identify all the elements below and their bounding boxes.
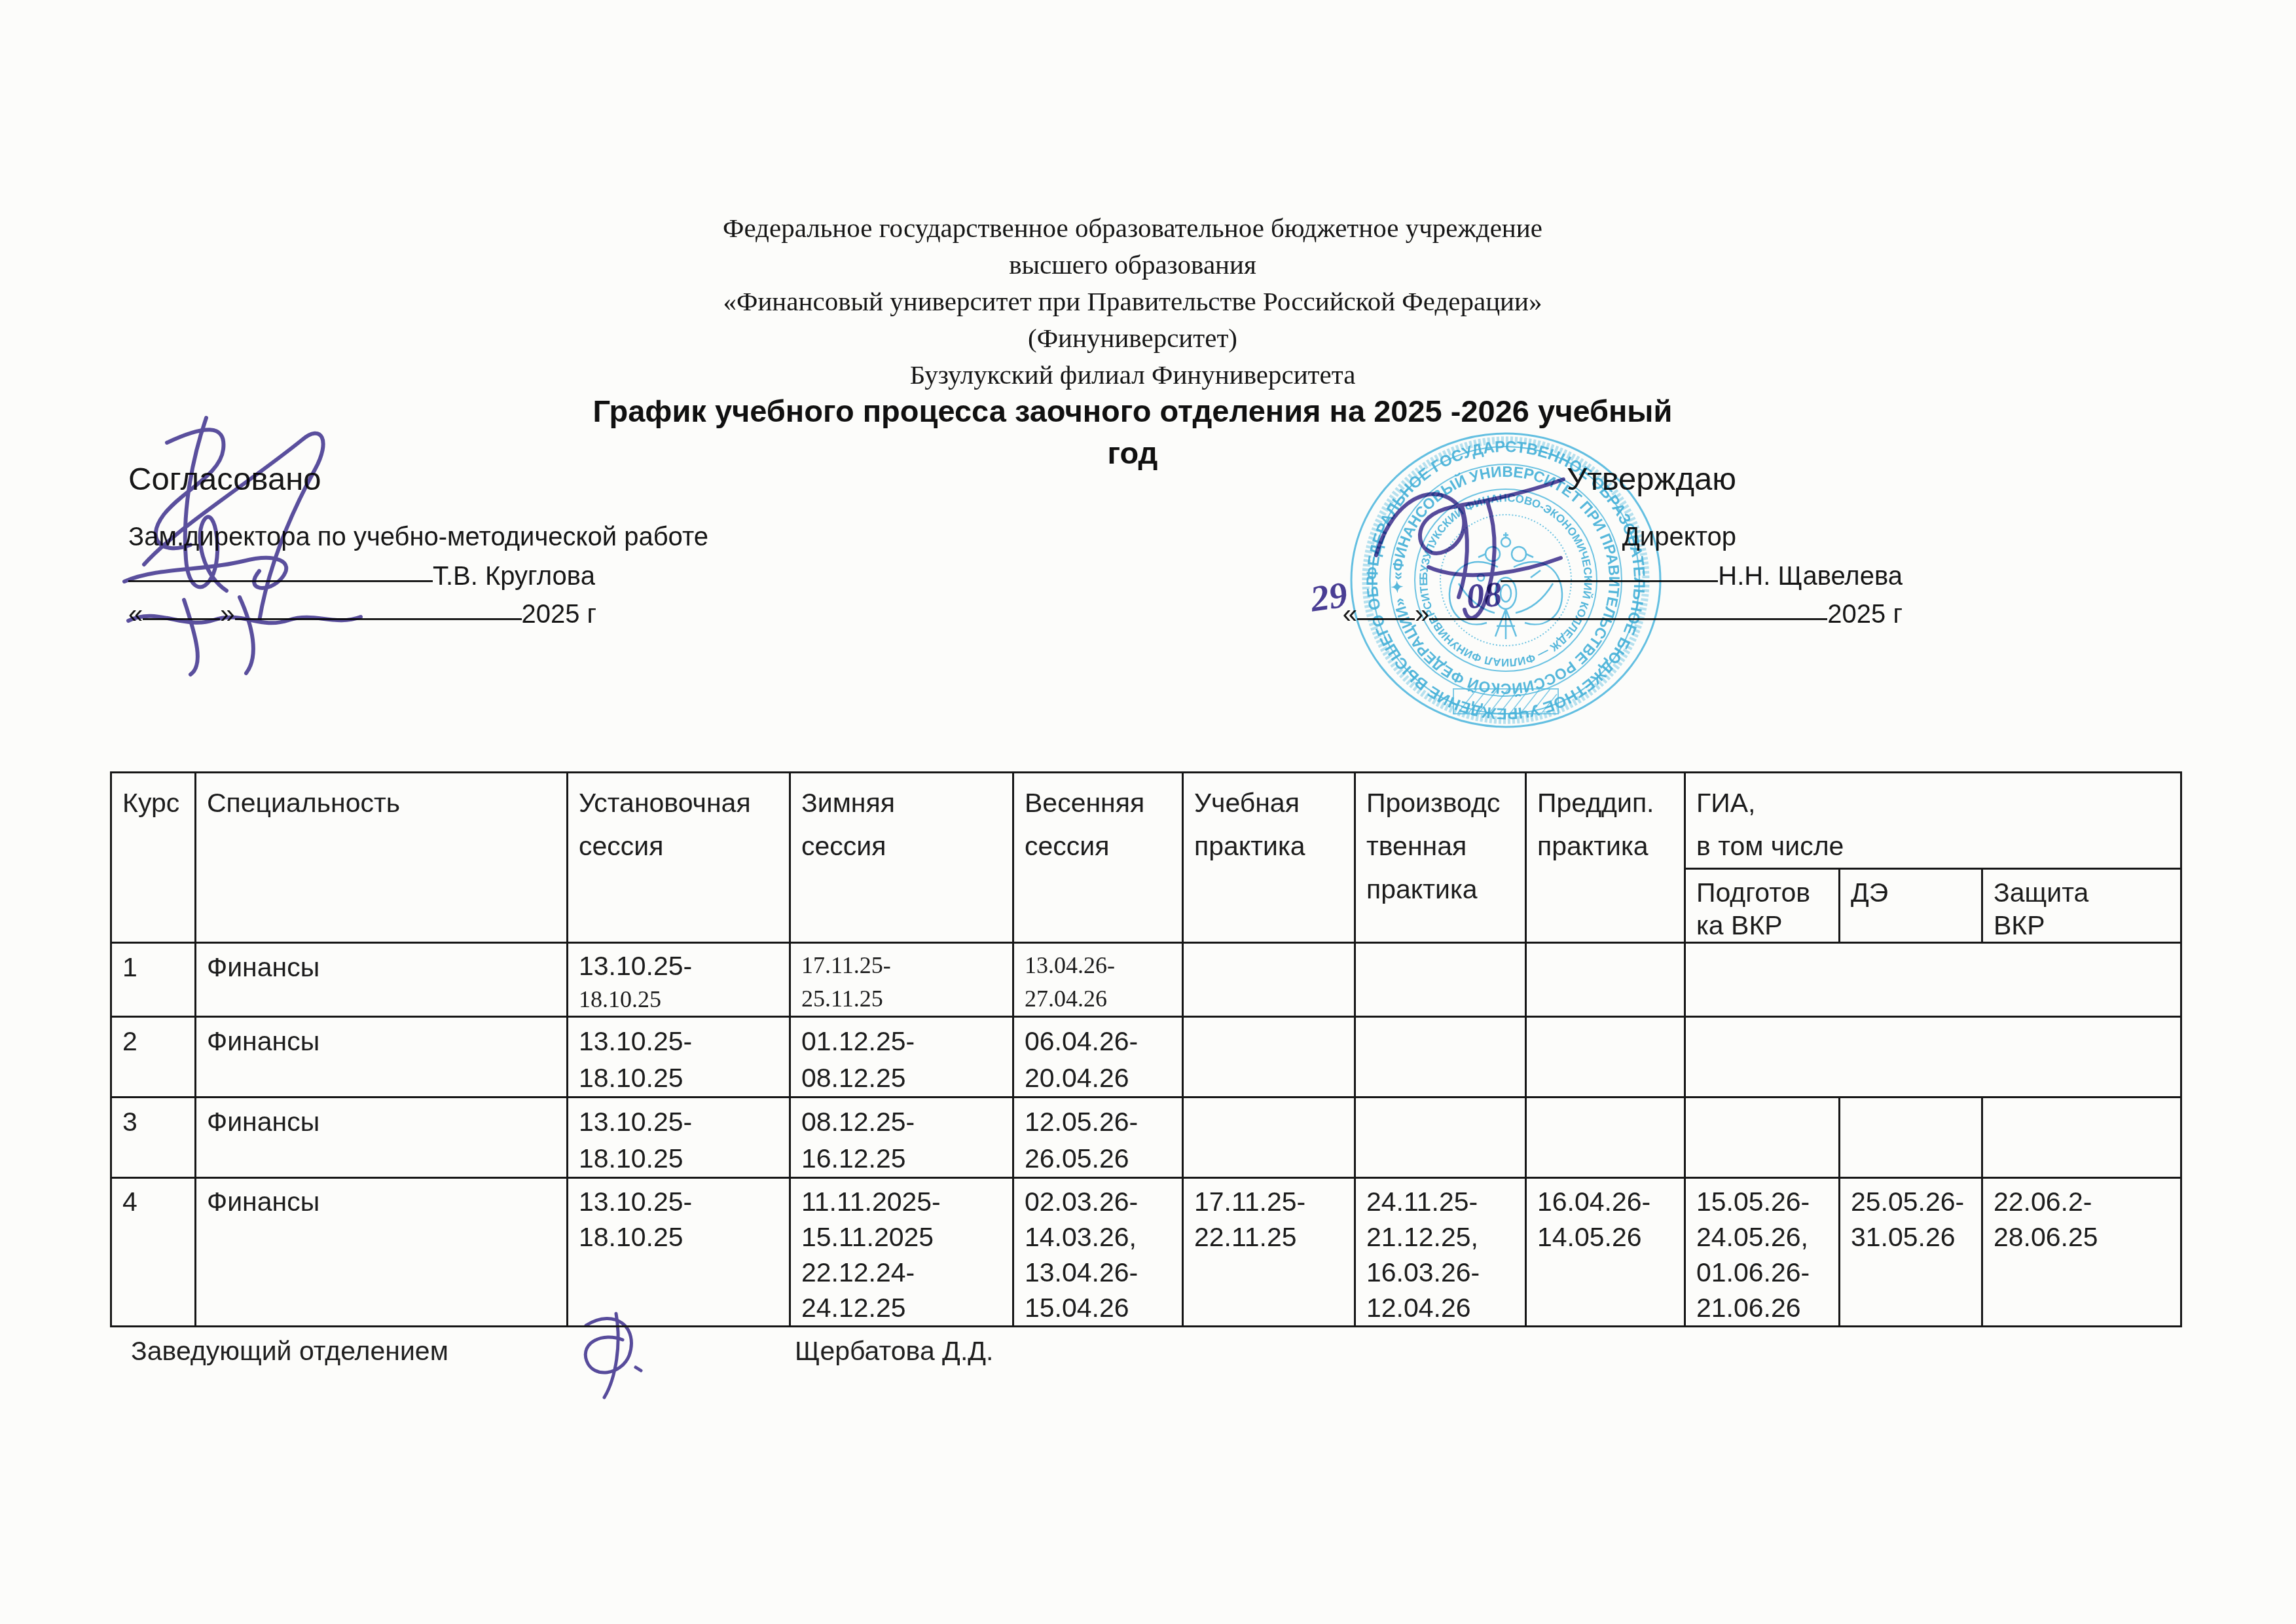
- letterhead-line-3: «Финансовый университет при Правительств…: [393, 283, 1872, 320]
- col-header-prediploma-practice: Преддип. практика: [1526, 773, 1685, 943]
- agreement-signatory-name: Т.В. Круглова: [433, 562, 595, 591]
- col-header-specialty: Специальность: [196, 773, 568, 943]
- col-header-edu-practice: Учебная практика: [1183, 773, 1355, 943]
- page: Федеральное государственное образователь…: [0, 0, 2296, 1624]
- letterhead-line-5: Бузулукский филиал Финуниверситета: [393, 356, 1872, 393]
- letterhead-line-2: высшего образования: [393, 246, 1872, 283]
- document-title-line-1: График учебного процесса заочного отделе…: [393, 390, 1872, 432]
- letterhead: Федеральное государственное образователь…: [393, 210, 1872, 393]
- cell-winter-session: 11.11.2025- 15.11.2025 22.12.24- 24.12.2…: [790, 1178, 1013, 1327]
- col-header-spring-session: Весенняя сессия: [1013, 773, 1183, 943]
- cell-setup-session: 13.10.25- 18.10.25: [568, 1178, 790, 1327]
- col-header-vkr-defense: Защита ВКР: [1982, 869, 2181, 943]
- cell-de: 25.05.26- 31.05.26: [1840, 1178, 1982, 1327]
- empty-cell: [1526, 1098, 1685, 1178]
- signature-kruglova-icon: [105, 403, 406, 685]
- empty-cell: [1526, 943, 1685, 1017]
- empty-cell: [1183, 1017, 1355, 1098]
- cell-winter-session: 08.12.25- 16.12.25: [790, 1098, 1013, 1178]
- col-header-course: Курс: [111, 773, 196, 943]
- col-header-winter-session: Зимняя сессия: [790, 773, 1013, 943]
- cell-prod-practice: 24.11.25- 21.12.25, 16.03.26- 12.04.26: [1355, 1178, 1526, 1327]
- footer-role: Заведующий отделением: [131, 1336, 448, 1367]
- cell-course: 1: [111, 943, 196, 1017]
- cell-spring-session: 06.04.26- 20.04.26: [1013, 1017, 1183, 1098]
- cell-vkr-prep: 15.05.26- 24.05.26, 01.06.26- 21.06.26: [1685, 1178, 1840, 1327]
- cell-course: 4: [111, 1178, 196, 1327]
- cell-course: 3: [111, 1098, 196, 1178]
- empty-cell: [1355, 1098, 1526, 1178]
- cell-specialty: Финансы: [196, 1178, 568, 1327]
- empty-cell: [1183, 1098, 1355, 1178]
- cell-setup-session: 13.10.25- 18.10.25: [568, 1098, 790, 1178]
- table-row-course-2: 2 Финансы 13.10.25- 18.10.25 01.12.25- 0…: [111, 1017, 2181, 1098]
- empty-cell: [1526, 1017, 1685, 1098]
- cell-vkr-defense: 22.06.2- 28.06.25: [1982, 1178, 2181, 1327]
- cell-setup-session: 13.10.25- 18.10.25: [568, 1017, 790, 1098]
- empty-cell: [1685, 1098, 1840, 1178]
- cell-winter-session: 01.12.25- 08.12.25: [790, 1017, 1013, 1098]
- empty-cell: [1982, 1098, 2181, 1178]
- date-range: 18.10.25: [579, 983, 778, 1016]
- empty-cell: [1183, 943, 1355, 1017]
- approval-signatory-name: Н.Н. Щавелева: [1718, 562, 1903, 591]
- footer-name: Щербатова Д.Д.: [795, 1336, 993, 1367]
- signature-shchaveleva-icon: [1363, 469, 1579, 633]
- table-row-course-1: 1 Финансы 13.10.25-18.10.25 17.11.25- 25…: [111, 943, 2181, 1017]
- cell-specialty: Финансы: [196, 1098, 568, 1178]
- cell-spring-session: 13.04.26- 27.04.26: [1013, 943, 1183, 1017]
- table-row-course-3: 3 Финансы 13.10.25- 18.10.25 08.12.25- 1…: [111, 1098, 2181, 1178]
- empty-cell: [1840, 1098, 1982, 1178]
- empty-cell: [1355, 943, 1526, 1017]
- col-header-vkr-prep: Подготов ка ВКР: [1685, 869, 1840, 943]
- cell-specialty: Финансы: [196, 1017, 568, 1098]
- col-header-setup-session: Установочная сессия: [568, 773, 790, 943]
- approval-year: 2025 г: [1827, 600, 1903, 629]
- col-header-gia: ГИА, в том числе: [1685, 773, 2181, 869]
- cell-specialty: Финансы: [196, 943, 568, 1017]
- empty-cell-gia-merged: [1685, 1017, 2181, 1098]
- col-header-de: ДЭ: [1840, 869, 1982, 943]
- col-header-prod-practice: Производс твенная практика: [1355, 773, 1526, 943]
- cell-spring-session: 02.03.26- 14.03.26, 13.04.26- 15.04.26: [1013, 1178, 1183, 1327]
- cell-course: 2: [111, 1017, 196, 1098]
- empty-cell: [1355, 1017, 1526, 1098]
- agreement-year: 2025 г: [522, 600, 597, 629]
- letterhead-line-4: (Финуниверситет): [393, 320, 1872, 356]
- header-row-main: Курс Специальность Установочная сессия З…: [111, 773, 2181, 869]
- schedule-table: Курс Специальность Установочная сессия З…: [110, 771, 2182, 1327]
- empty-cell-gia-merged: [1685, 943, 2181, 1017]
- table-row-course-4: 4 Финансы 13.10.25- 18.10.25 11.11.2025-…: [111, 1178, 2181, 1327]
- handwritten-day: 29: [1308, 574, 1350, 620]
- cell-spring-session: 12.05.26- 26.05.26: [1013, 1098, 1183, 1178]
- cell-edu-practice: 17.11.25- 22.11.25: [1183, 1178, 1355, 1327]
- cell-winter-session: 17.11.25- 25.11.25: [790, 943, 1013, 1017]
- letterhead-line-1: Федеральное государственное образователь…: [393, 210, 1872, 246]
- date-range: 13.10.25-: [579, 949, 778, 983]
- cell-setup-session: 13.10.25-18.10.25: [568, 943, 790, 1017]
- cell-prediploma-practice: 16.04.26- 14.05.26: [1526, 1178, 1685, 1327]
